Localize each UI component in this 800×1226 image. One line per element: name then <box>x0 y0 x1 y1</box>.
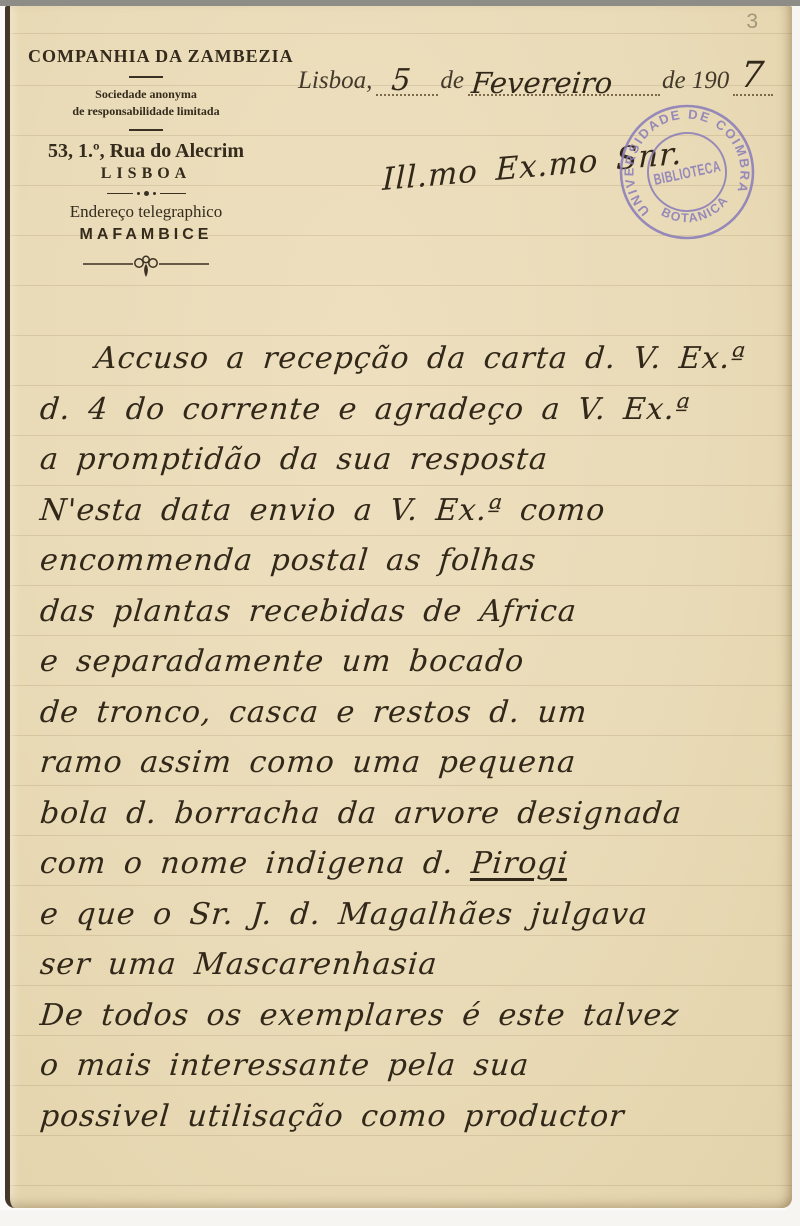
handwritten-line: ser uma Mascarenhasia <box>38 942 778 993</box>
dateline-day-slot: 5 <box>376 64 438 96</box>
handwritten-line: Accuso a recepção da carta d. V. Ex.ª <box>38 336 778 387</box>
handwritten-line: e separadamente um bocado <box>38 639 778 690</box>
handwritten-day: 5 <box>390 63 413 98</box>
handwritten-line: a promptidão da sua resposta <box>38 437 778 488</box>
telegraph-label: Endereço telegraphico <box>28 202 264 222</box>
handwritten-line: e que o Sr. J. d. Magalhães julgava <box>38 892 778 943</box>
svg-text:UNIVERSIDADE DE COIMBRA: UNIVERSIDADE DE COIMBRA <box>609 94 759 221</box>
library-stamp: UNIVERSIDADE DE COIMBRA · BOTANICA · BIB… <box>585 70 789 274</box>
company-address: 53, 1.º, Rua do Alecrim <box>28 140 264 163</box>
handwritten-line: encommenda postal as folhas <box>38 538 778 589</box>
dots-separator <box>28 191 264 196</box>
handwritten-line: das plantas recebidas de Africa <box>38 589 778 640</box>
scan-edge-top <box>0 0 800 6</box>
handwritten-line: N'esta data envio a V. Ex.ª como <box>38 488 778 539</box>
handwritten-line: possivel utilisação como productor <box>38 1094 778 1145</box>
underlined-word: Pirogi <box>470 846 570 881</box>
company-subtitle-2: de responsabilidade limitada <box>28 103 264 120</box>
handwritten-line: De todos os exemplares é este talvez <box>38 993 778 1044</box>
company-city: LISBOA <box>28 165 264 183</box>
telegraph-name: MAFAMBICE <box>28 226 264 244</box>
handwritten-line: bola d. borracha da arvore designada <box>38 791 778 842</box>
divider-dash <box>129 129 163 131</box>
letter-body: Accuso a recepção da carta d. V. Ex.ª d.… <box>38 336 778 1144</box>
stamp-ring-top-text: UNIVERSIDADE DE COIMBRA <box>609 94 759 221</box>
handwritten-line: com o nome indigena d. Pirogi <box>38 841 778 892</box>
dateline-month-slot: Fevereiro <box>468 64 660 96</box>
handwritten-line: ramo assim como uma pequena <box>38 740 778 791</box>
handwritten-month: Fevereiro <box>470 66 614 100</box>
scan-edge-bottom <box>0 1210 800 1226</box>
handwritten-line: de tronco, casca e restos d. um <box>38 690 778 741</box>
dateline-city: Lisboa, <box>296 67 376 96</box>
company-subtitle-1: Sociedade anonyma <box>28 86 264 103</box>
letterhead: COMPANHIA DA ZAMBEZIA Sociedade anonyma … <box>28 46 264 285</box>
company-name: COMPANHIA DA ZAMBEZIA <box>28 46 264 67</box>
dateline-de1: de <box>438 67 468 96</box>
stamp-center-text: BIBLIOTECA <box>652 158 722 189</box>
page-number: 3 <box>746 10 758 34</box>
flourish-ornament-icon <box>28 254 264 285</box>
handwritten-line: o mais interessante pela sua <box>38 1043 778 1094</box>
handwritten-line: d. 4 do corrente e agradeço a V. Ex.ª <box>38 387 778 438</box>
divider-dash <box>129 76 163 78</box>
